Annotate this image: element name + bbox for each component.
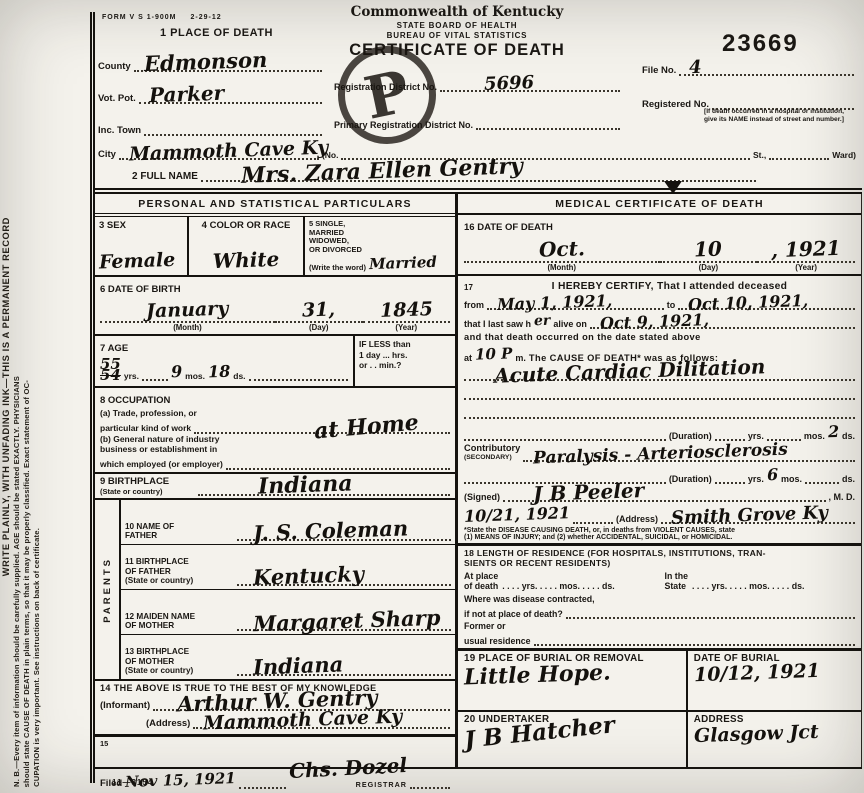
attended-from-label: from	[464, 300, 484, 310]
city-label: City	[98, 149, 116, 160]
personal-section-title: PERSONAL AND STATISTICAL PARTICULARS	[95, 194, 455, 217]
in-state-units: . . . . yrs. . . . . mos. . . . . ds.	[692, 581, 804, 591]
undertaker-address-cell: ADDRESS Glasgow Jct	[688, 712, 861, 768]
father-name-write-line: J. S. Coleman	[237, 526, 451, 541]
age-label: 7 AGE	[100, 343, 128, 354]
sex-race-marital-row: 3 SEX Female 4 COLOR OR RACE White 5 SIN…	[95, 217, 455, 277]
voting-precinct-value: Parker	[148, 81, 224, 108]
dod-year: , 1921	[771, 236, 841, 262]
mother-name-write-line: Margaret Sharp	[237, 616, 451, 631]
duration2-label: (Duration)	[669, 474, 712, 484]
dob-day: 31,	[302, 299, 336, 322]
medical-certificate-column: MEDICAL CERTIFICATE OF DEATH 16 DATE OF …	[458, 194, 862, 767]
ds-marker: ds.	[842, 431, 855, 441]
occupation-b-line: business or establishment in	[100, 444, 450, 455]
day-marker: (Day)	[275, 323, 363, 332]
occupation-b-write-line	[226, 455, 450, 470]
county-row: County Edmonson	[98, 57, 322, 72]
occupation-a-line: particular kind of work	[100, 423, 191, 434]
mother-bp-value: Indiana	[253, 651, 344, 679]
board-heading: STATE BOARD OF HEALTH	[302, 21, 612, 30]
file-no-write-line: 4	[679, 61, 854, 76]
signed-dots	[573, 509, 613, 524]
form-code-line: FORM V S 1-900M 2-29-12	[102, 14, 222, 21]
margin-line-2: N. B.—Every item of information should b…	[12, 376, 21, 787]
father-name-label-line: 10 NAME OF	[125, 522, 233, 532]
voting-precinct-label: Vot. Pot.	[98, 93, 136, 104]
month-marker: (Month)	[100, 323, 275, 332]
dob-write-line: January 31, 1845	[100, 299, 450, 323]
day-marker: (Day)	[660, 263, 758, 272]
serial-number: 23669	[722, 30, 799, 58]
form-code: FORM V S 1-900M	[102, 14, 177, 21]
signed-address-label: (Address)	[616, 514, 658, 524]
ds-marker: ds.	[842, 474, 855, 484]
registrar-label: REGISTRAR	[356, 780, 407, 789]
year-marker: (Year)	[363, 323, 451, 332]
if-less-than-box: IF LESS than 1 day ... hrs. or . . min.?	[353, 336, 455, 386]
state-or-country-note: (State or country)	[100, 487, 192, 496]
age-fields: 7 AGE 55 54 yrs. 9 mos. 18 ds.	[95, 336, 353, 386]
mos-marker: mos.	[781, 474, 802, 484]
inc-town-write-line	[144, 121, 322, 136]
at-place-of-death-fields: At place of death . . . . yrs. . . . . m…	[464, 571, 655, 591]
mother-maiden-name-row: 12 MAIDEN NAME OF MOTHER Margaret Sharp	[121, 590, 455, 635]
time-of-death-value: 10 P	[475, 344, 513, 363]
informant-address-write-line: Mammoth Cave Ky	[193, 714, 450, 729]
contributory-label-block: Contributory (SECONDARY)	[464, 444, 520, 462]
attended-from-write-line: May 1, 1921,	[487, 295, 664, 310]
birthplace-section: 9 BIRTHPLACE (State or country) Indiana	[95, 474, 455, 500]
disease-contracted-line: Where was disease contracted,	[464, 594, 855, 604]
dob-year-cell: 1845	[363, 299, 451, 323]
death-occurred-line: and that death occurred on the date stat…	[464, 332, 855, 342]
margin-line-4: CUPATION is very important. See instruct…	[32, 528, 41, 787]
date-of-burial-value: 10/12, 1921	[693, 660, 820, 686]
father-name-row: 10 NAME OF FATHER J. S. Coleman	[121, 500, 455, 545]
mother-name-value: Margaret Sharp	[253, 605, 441, 637]
mother-bp-label-line: OF MOTHER	[125, 657, 233, 667]
age-days-value: 18	[208, 362, 231, 382]
father-birthplace-row: 11 BIRTHPLACE OF FATHER (State or countr…	[121, 545, 455, 590]
secondary-label: (SECONDARY)	[464, 453, 520, 462]
age-dots	[142, 366, 168, 381]
inc-town-label: Inc. Town	[98, 125, 141, 136]
former-residence-line: Former or	[464, 621, 855, 631]
city-write-line: Mammoth Cave Ky	[119, 145, 319, 160]
age-months-value: 9	[171, 362, 183, 381]
ward-write-line	[769, 145, 829, 160]
if-less-line: or . . min.?	[359, 360, 451, 371]
in-the-label-line: In the	[665, 571, 688, 581]
cause-footnote-line: *State the DISEASE CAUSING DEATH, or, in…	[464, 527, 855, 534]
dob-day-cell: 31,	[275, 299, 363, 323]
burial-undertaker-grid: 19 PLACE OF BURIAL OR REMOVAL Little Hop…	[458, 651, 861, 767]
blank-write-line	[464, 403, 855, 419]
death-certificate-scan: WRITE PLAINLY, WITH UNFADING INK—THIS IS…	[0, 0, 864, 793]
dob-markers: (Month) (Day) (Year)	[100, 323, 450, 332]
mother-name-label-line: OF MOTHER	[125, 621, 233, 631]
blank-write-line	[464, 384, 855, 400]
county-write-line: Edmonson	[134, 57, 322, 72]
undertaker-address-value: Glasgow Jct	[693, 720, 818, 746]
filed-dots	[410, 774, 450, 789]
full-name-row: 2 FULL NAME Mrs. Zara Ellen Gentry	[132, 167, 756, 182]
registrar-signature-block: Chs. Dozel REGISTRAR	[289, 756, 407, 789]
attended-to-write-line: Oct 10, 1921,	[678, 295, 855, 310]
yrs-marker: yrs.	[124, 371, 139, 381]
marital-cell: 5 SINGLE, MARRIED WIDOWED, OR DIVORCED (…	[305, 217, 455, 275]
mother-birthplace-row: 13 BIRTHPLACE OF MOTHER (State or countr…	[121, 635, 455, 679]
father-bp-label-line: (State or country)	[125, 576, 233, 586]
undertaker-cell: 20 UNDERTAKER J B Hatcher	[458, 712, 688, 768]
physician-signature: J B Peeler	[533, 478, 645, 506]
file-no-row: File No. 4	[642, 61, 854, 76]
if-less-line: 1 day ... hrs.	[359, 350, 451, 361]
signed-date-value: 10/21, 1921	[464, 503, 571, 526]
race-value: White	[193, 247, 300, 275]
contributory-label: Contributory	[464, 444, 520, 453]
duration-dots	[715, 426, 745, 441]
residence-heading-line: 18 LENGTH OF RESIDENCE (FOR HOSPITALS, I…	[464, 548, 855, 558]
signed-write-line: J B Peeler	[503, 487, 826, 502]
county-label: County	[98, 61, 131, 72]
primary-district-write-line	[476, 115, 620, 130]
signed-label: (Signed)	[464, 492, 500, 502]
meridiem-label: m.	[515, 353, 526, 363]
age-years-struck-value: 54	[100, 370, 121, 381]
medical-section-title: MEDICAL CERTIFICATE OF DEATH	[458, 194, 861, 215]
occupation-label: 8 OCCUPATION	[100, 395, 170, 406]
cause-footnote-line: (1) MEANS OF INJURY; and (2) whether ACC…	[464, 534, 855, 541]
file-no-value: 4	[689, 57, 702, 78]
sex-label: 3 SEX	[99, 220, 183, 231]
age-dots	[249, 366, 348, 381]
form-footer-code: 11—3154	[112, 778, 153, 787]
disease-contracted-line: if not at place of death?	[464, 609, 563, 619]
personal-particulars-column: PERSONAL AND STATISTICAL PARTICULARS 3 S…	[94, 194, 458, 767]
physician-address-value: Smith Grove Ky	[671, 502, 829, 528]
duration1-days-value: 2	[828, 422, 840, 441]
last-saw-write-line: Oct 9, 1921,	[590, 314, 855, 329]
duration-dots	[464, 426, 666, 441]
contracted-write-line	[566, 604, 855, 619]
full-name-write-line: Mrs. Zara Ellen Gentry	[201, 167, 756, 182]
inc-town-row: Inc. Town	[98, 121, 322, 136]
father-name-value: J. S. Coleman	[253, 515, 409, 545]
mos-marker: mos.	[185, 371, 205, 381]
dob-year: 1845	[379, 298, 433, 322]
dod-label: 16 DATE OF DEATH	[464, 222, 553, 233]
certificate-header: FORM V S 1-900M 2-29-12 1 PLACE OF DEATH…	[54, 0, 864, 188]
ds-marker: ds.	[233, 371, 245, 381]
place-of-burial-value: Little Hope.	[464, 659, 611, 690]
if-less-line: IF LESS than	[359, 339, 451, 350]
parents-vertical-label: PARENTS	[95, 500, 121, 679]
age-section: 7 AGE 55 54 yrs. 9 mos. 18 ds.	[95, 336, 455, 388]
md-label: , M. D.	[829, 492, 856, 502]
at-label: at	[464, 353, 472, 363]
county-value: Edmonson	[143, 47, 267, 76]
birthplace-label: 9 BIRTHPLACE	[100, 476, 192, 487]
former-residence-write-line	[534, 631, 856, 646]
registrar-signature: Chs. Dozel	[288, 753, 407, 783]
in-the-label-line: State	[665, 581, 688, 591]
duration1-label: (Duration)	[669, 431, 712, 441]
street-label: St.,	[753, 150, 766, 160]
full-name-label: 2 FULL NAME	[132, 171, 198, 182]
father-bp-label-line: 11 BIRTHPLACE	[125, 557, 233, 567]
at-place-label-line: of death	[464, 581, 498, 591]
father-name-label-line: FATHER	[125, 531, 233, 541]
date-of-death-section: 16 DATE OF DEATH Oct. 10 , 1921 (Month) …	[458, 215, 861, 276]
at-place-units: . . . . yrs. . . . . mos. . . . . ds.	[502, 581, 614, 591]
marital-write-word-note: (Write the word)	[309, 264, 366, 273]
occupation-b-line: which employed (or employer)	[100, 459, 223, 470]
informant-address-label: (Address)	[146, 718, 190, 729]
month-marker: (Month)	[464, 263, 660, 272]
certificate-body: PERSONAL AND STATISTICAL PARTICULARS 3 S…	[94, 188, 862, 769]
birthplace-value: Indiana	[258, 470, 353, 499]
hospital-note: [If death occurred in a hospital or inst…	[704, 108, 854, 124]
place-of-death-section-label: 1 PLACE OF DEATH	[160, 27, 273, 39]
yrs-marker: yrs.	[748, 474, 764, 484]
file-no-label: File No.	[642, 65, 676, 76]
race-cell: 4 COLOR OR RACE White	[189, 217, 305, 275]
commonwealth-heading: Commonwealth of Kentucky	[302, 4, 612, 20]
father-bp-value: Kentucky	[253, 561, 365, 590]
birthplace-write-line: Indiana	[198, 481, 450, 496]
mother-bp-label-line: 13 BIRTHPLACE	[125, 647, 233, 657]
signed-address-write-line: Smith Grove Ky	[661, 509, 855, 524]
place-of-burial-cell: 19 PLACE OF BURIAL OR REMOVAL Little Hop…	[458, 651, 688, 712]
left-margin-instructions: WRITE PLAINLY, WITH UNFADING INK—THIS IS…	[0, 0, 56, 793]
informant-section: 14 THE ABOVE IS TRUE TO THE BEST OF MY K…	[95, 681, 455, 737]
bureau-heading: BUREAU OF VITAL STATISTICS	[302, 31, 612, 40]
year-marker: (Year)	[757, 263, 855, 272]
mother-name-label-line: 12 MAIDEN NAME	[125, 612, 233, 622]
voting-precinct-write-line: Parker	[139, 89, 322, 104]
length-of-residence-section: 18 LENGTH OF RESIDENCE (FOR HOSPITALS, I…	[458, 546, 861, 651]
voting-precinct-row: Vot. Pot. Parker	[98, 89, 322, 104]
parents-label-text: PARENTS	[102, 557, 113, 623]
mother-bp-label-line: (State or country)	[125, 666, 233, 676]
mother-bp-write-line: Indiana	[237, 661, 451, 676]
dod-markers: (Month) (Day) (Year)	[464, 263, 855, 272]
dob-month-cell: January	[100, 299, 275, 323]
father-bp-label-line: OF FATHER	[125, 567, 233, 577]
marital-value: Married	[369, 253, 437, 273]
duration-dots	[715, 469, 745, 484]
race-label: 4 COLOR OR RACE	[193, 220, 299, 231]
dod-write-line: Oct. 10 , 1921	[464, 237, 855, 263]
last-saw-value: Oct 9, 1921,	[600, 310, 710, 333]
in-the-state-fields: In the State . . . . yrs. . . . . mos. .…	[665, 571, 856, 591]
sex-value: Female	[99, 249, 184, 274]
registration-district-value: 5696	[484, 72, 535, 95]
last-saw-pronoun: er	[534, 313, 551, 330]
certify-item-number: 17	[464, 283, 473, 292]
alive-on-label: alive on	[553, 319, 587, 329]
mos-marker: mos.	[804, 431, 825, 441]
dod-month-cell: Oct.	[464, 237, 660, 263]
former-residence-line: usual residence	[464, 636, 531, 646]
residence-heading-line: SIENTS OR RECENT RESIDENTS)	[464, 558, 855, 568]
contributory-write-line: Paralysis - Arteriosclerosis	[523, 447, 855, 462]
duration2-months-value: 6	[767, 465, 779, 484]
sex-cell: 3 SEX Female	[95, 217, 189, 275]
father-bp-write-line: Kentucky	[237, 571, 451, 586]
registration-district-write-line: 5696	[440, 77, 620, 92]
parents-block: PARENTS 10 NAME OF FATHER J. S. Coleman …	[95, 500, 455, 681]
dod-day: 10	[694, 237, 723, 262]
filed-item-number: 15	[100, 739, 450, 748]
certification-section: 17 I HEREBY CERTIFY, That I attended dec…	[458, 276, 861, 546]
at-place-label-line: At place	[464, 571, 498, 581]
occupation-section: 8 OCCUPATION (a) Trade, profession, or p…	[95, 388, 455, 474]
dod-year-cell: , 1921	[757, 237, 855, 263]
certificate-document: FORM V S 1-900M 2-29-12 1 PLACE OF DEATH…	[54, 0, 864, 793]
dod-month: Oct.	[538, 236, 585, 262]
form-revision-date: 2-29-12	[191, 14, 222, 21]
certificate-title: CERTIFICATE OF DEATH	[302, 41, 612, 60]
attended-to-label: to	[667, 300, 676, 310]
parents-rows: 10 NAME OF FATHER J. S. Coleman 11 BIRTH…	[121, 500, 455, 679]
date-of-birth-section: 6 DATE OF BIRTH January 31, 1845 (Month)…	[95, 277, 455, 336]
dob-month: January	[146, 298, 229, 323]
margin-line-1: WRITE PLAINLY, WITH UNFADING INK—THIS IS…	[1, 217, 11, 576]
age-years-stack: 55 54	[100, 359, 121, 381]
duration-dots	[805, 469, 839, 484]
cause-write-line: Acute Cardiac Dilitation	[464, 366, 855, 381]
ward-label: Ward)	[832, 150, 856, 160]
registered-no-label: Registered No.	[642, 99, 709, 110]
attended-from-value: May 1, 1921,	[497, 291, 613, 314]
state-heading-block: Commonwealth of Kentucky STATE BOARD OF …	[302, 4, 612, 60]
dod-day-cell: 10	[660, 237, 758, 263]
dob-label: 6 DATE OF BIRTH	[100, 284, 181, 295]
last-saw-prefix: that I last saw h	[464, 319, 531, 329]
informant-label: (Informant)	[100, 700, 150, 711]
filed-dots	[239, 774, 286, 789]
date-of-burial-cell: DATE OF BURIAL 10/12, 1921	[688, 651, 861, 712]
margin-line-3: should state CAUSE OF DEATH in plain ter…	[22, 380, 31, 787]
p-stamp-letter: P	[359, 57, 416, 133]
